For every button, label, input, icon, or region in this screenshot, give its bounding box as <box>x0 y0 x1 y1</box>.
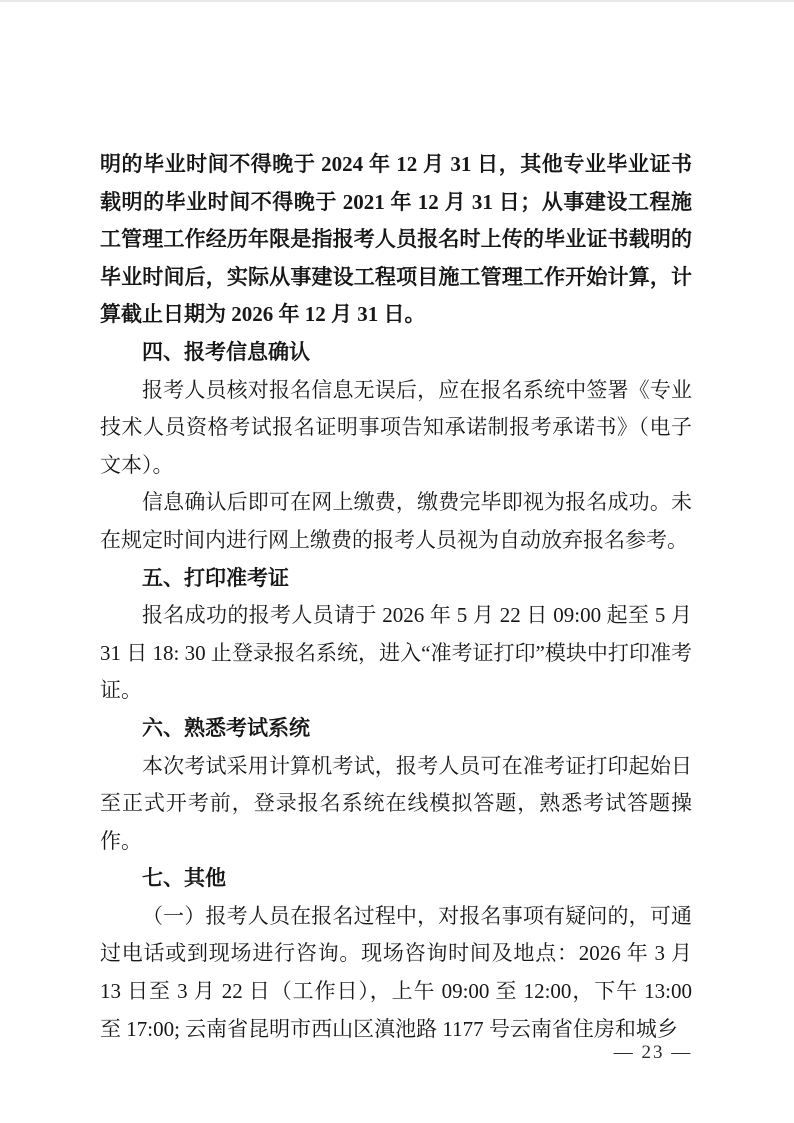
paragraph: 信息确认后即可在网上缴费，缴费完毕即视为报名成功。未在规定时间内进行网上缴费的报… <box>100 484 692 559</box>
document-page: 明的毕业时间不得晚于 2024 年 12 月 31 日，其他专业毕业证书载明的毕… <box>0 0 794 1123</box>
section-heading-4-registration-info-confirmation: 四、报考信息确认 <box>100 334 692 372</box>
document-body: 明的毕业时间不得晚于 2024 年 12 月 31 日，其他专业毕业证书载明的毕… <box>100 146 692 1048</box>
section-heading-7-other: 七、其他 <box>100 860 692 898</box>
paragraph: 报名成功的报考人员请于 2026 年 5 月 22 日 09:00 起至 5 月… <box>100 597 692 710</box>
page-number-text: — 23 — <box>614 1042 693 1063</box>
paragraph-continuation: 明的毕业时间不得晚于 2024 年 12 月 31 日，其他专业毕业证书载明的毕… <box>100 146 692 334</box>
paragraph: 报考人员核对报名信息无误后，应在报名系统中签署《专业技术人员资格考试报名证明事项… <box>100 372 692 485</box>
section-heading-5-print-admission-ticket: 五、打印准考证 <box>100 560 692 598</box>
paragraph: 本次考试采用计算机考试，报考人员可在准考证打印起始日至正式开考前，登录报名系统在… <box>100 748 692 861</box>
section-heading-6-familiarize-exam-system: 六、熟悉考试系统 <box>100 710 692 748</box>
page-number: — 23 — <box>593 1042 713 1064</box>
paragraph: （一）报考人员在报名过程中，对报名事项有疑问的，可通过电话或到现场进行咨询。现场… <box>100 898 692 1048</box>
